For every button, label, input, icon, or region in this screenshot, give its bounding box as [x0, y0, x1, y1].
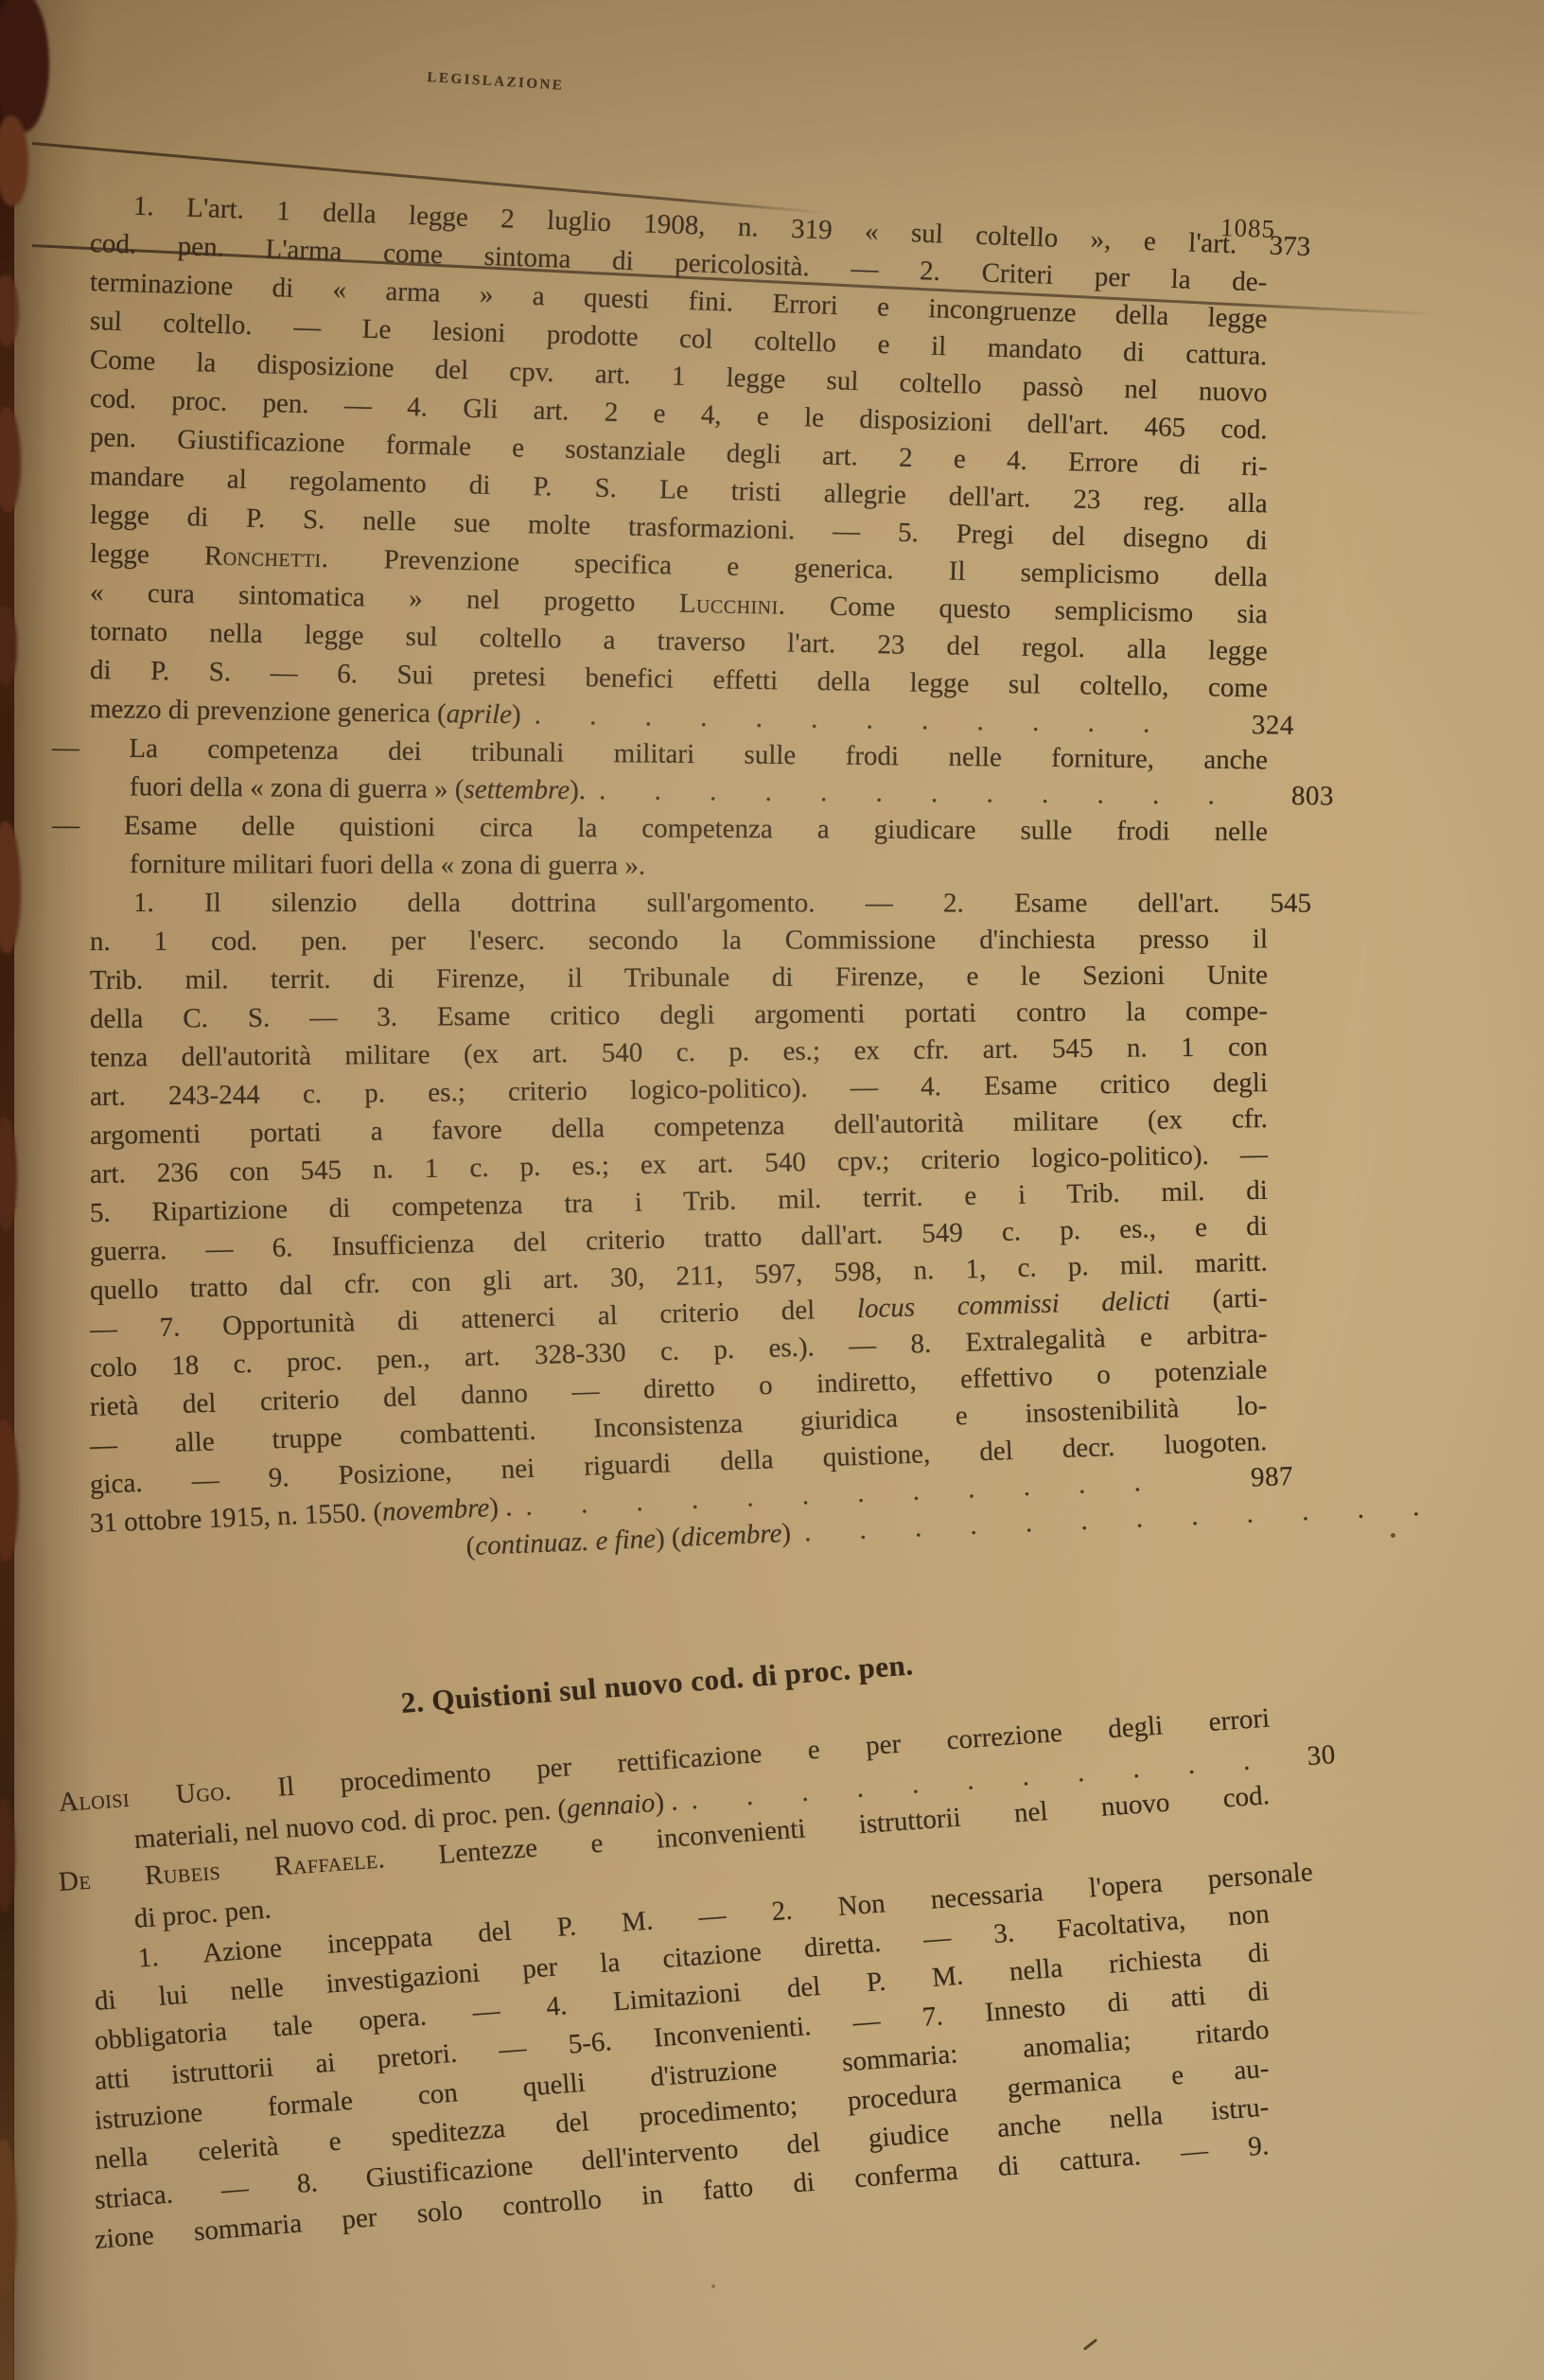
- toc-text-segment: continuaz. e fine: [475, 1524, 657, 1561]
- pencil-tick-mark: [1083, 2338, 1097, 2351]
- section-heading: 2. Quistioni sul nuovo cod. di proc. pen…: [400, 1648, 915, 1720]
- ink-blotch: [0, 821, 21, 954]
- toc-line: 1. Il silenzio della dottrina sull'argom…: [90, 884, 1311, 924]
- ink-blotch: [0, 0, 49, 132]
- toc-text-segment: « cura sintomatica » nel progetto: [90, 577, 679, 619]
- toc-text-segment: 1. Il silenzio della dottrina sull'argom…: [133, 888, 1311, 919]
- toc-text-segment: dicembre: [680, 1518, 782, 1552]
- toc-text-segment: Aloisi Ugo.: [58, 1775, 233, 1818]
- toc-text-segment: ) .: [654, 1786, 678, 1818]
- gutter-soft-shadow: [13, 0, 94, 2380]
- toc-text-segment: settembre: [464, 774, 570, 805]
- toc-text-segment: di proc. pen.: [133, 1894, 272, 1933]
- toc-text-segment: ) .: [489, 1491, 513, 1523]
- stray-ink-speck: [1391, 1533, 1395, 1538]
- ink-blotch: [0, 1117, 17, 1230]
- toc-line-text: fuori della « zona di guerra » (settembr…: [130, 767, 586, 810]
- running-head: LEGISLAZIONE: [427, 70, 565, 95]
- ink-blotch: [0, 606, 17, 685]
- ink-blotch: [0, 407, 21, 513]
- toc-text-segment: ): [512, 699, 521, 730]
- toc-page-number: 987: [1232, 1457, 1294, 1498]
- toc-text-segment: della C. S. — 3. Esame critico degli arg…: [90, 996, 1268, 1034]
- toc-text-segment: forniture militari fuori della « zona di…: [130, 849, 645, 881]
- toc-line: n. 1 cod. pen. per l'eserc. secondo la C…: [90, 921, 1268, 961]
- toc-text-segment: ).: [570, 775, 586, 805]
- toc-text-segment: legge: [90, 538, 205, 571]
- ink-blotch: [0, 2139, 17, 2300]
- toc-text-segment: (arti-: [1169, 1282, 1268, 1315]
- stray-ink-speck: [711, 2284, 715, 2288]
- toc-line: forniture militari fuori della « zona di…: [90, 845, 1307, 888]
- toc-text-segment: Trib. mil. territ. di Firenze, il Tribun…: [90, 960, 1268, 996]
- toc-page-number: 30: [1273, 1735, 1337, 1778]
- toc-text-segment: Come questo semplicismo sia: [785, 591, 1268, 630]
- ink-blotch: [0, 1419, 19, 1561]
- toc-text-segment: gennaio: [566, 1788, 656, 1825]
- toc-text-segment: mezzo di prevenzione generica (: [90, 694, 447, 729]
- toc-block-competenza: — La competenza dei tribunali militari s…: [90, 729, 1268, 1582]
- toc-block-proc-pen: Aloisi Ugo. Il procedimento per rettific…: [95, 1783, 1272, 2260]
- toc-text-segment: n. 1 cod. pen. per l'eserc. secondo la C…: [90, 925, 1268, 957]
- scanned-book-page: LEGISLAZIONE 1085 1. L'art. 1 della legg…: [0, 0, 1544, 2380]
- toc-text-segment: aprile: [447, 698, 513, 730]
- toc-text-segment: ) (: [655, 1523, 681, 1554]
- toc-text-segment: Lucchini.: [678, 589, 785, 621]
- toc-page-number: 803: [1273, 777, 1334, 817]
- toc-text-segment: novembre: [381, 1492, 489, 1526]
- toc-block-legge-coltello: 1. L'art. 1 della legge 2 luglio 1908, n…: [90, 185, 1268, 729]
- toc-text-segment: Ronchetti.: [204, 540, 329, 573]
- toc-text-segment: fuori della « zona di guerra » (: [130, 771, 465, 804]
- ink-blotch: [0, 274, 19, 346]
- toc-text-segment: — Esame delle quistioni circa la compete…: [52, 810, 1268, 847]
- toc-line-text: forniture militari fuori della « zona di…: [130, 845, 645, 886]
- toc-line-text: n. 1 cod. pen. per l'eserc. secondo la C…: [90, 921, 1268, 961]
- toc-line-text: 1. Il silenzio della dottrina sull'argom…: [133, 884, 1311, 924]
